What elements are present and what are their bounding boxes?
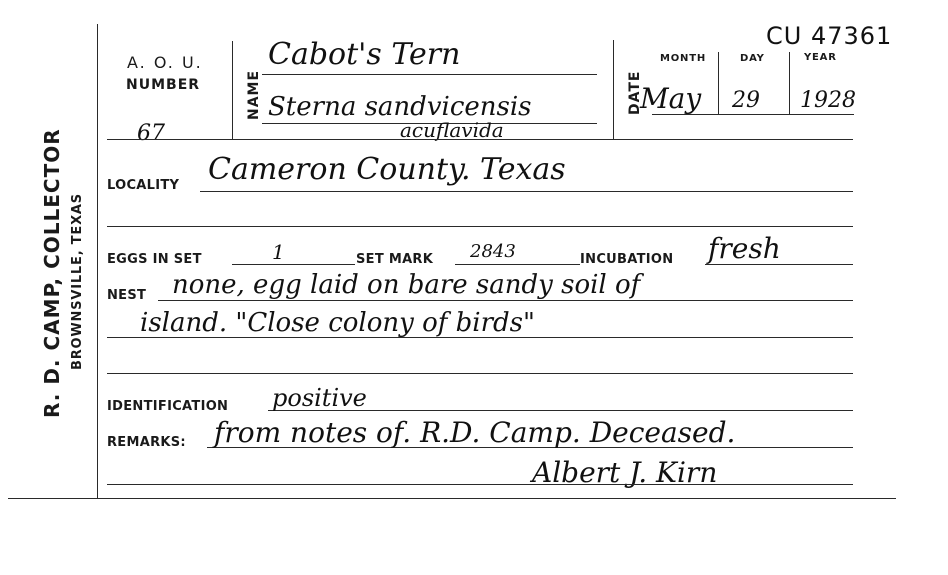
collector-name: R. D. CAMP, COLLECTOR bbox=[40, 128, 64, 418]
aou-label: A. O. U. bbox=[127, 53, 203, 72]
remarks-value: from notes of. R.D. Camp. Deceased. bbox=[214, 416, 735, 449]
month-label: MONTH bbox=[660, 53, 706, 64]
aou-number-label: NUMBER bbox=[126, 77, 200, 93]
year-value: 1928 bbox=[800, 88, 856, 113]
incubation-value: fresh bbox=[708, 232, 781, 265]
set-mark-value: 2843 bbox=[470, 241, 516, 262]
month-value: May bbox=[640, 82, 701, 115]
common-name-value: Cabot's Tern bbox=[268, 37, 460, 72]
nest-value-line2: island. "Close colony of birds" bbox=[140, 308, 535, 338]
nest-line-3 bbox=[107, 373, 853, 374]
day-label: DAY bbox=[740, 53, 765, 64]
nest-line-2 bbox=[107, 337, 853, 338]
remarks-line-2 bbox=[107, 484, 853, 485]
name-divider bbox=[613, 40, 614, 139]
incubation-label: INCUBATION bbox=[580, 252, 673, 267]
set-mark-label: SET MARK bbox=[356, 252, 433, 267]
nest-label: NEST bbox=[107, 288, 146, 303]
aou-divider bbox=[232, 41, 233, 139]
header-bottom-line bbox=[107, 139, 853, 140]
year-label: YEAR bbox=[804, 52, 837, 63]
locality-line-2 bbox=[107, 226, 853, 227]
name-label: NAME bbox=[246, 70, 262, 120]
identification-value: positive bbox=[272, 384, 367, 412]
locality-label: LOCALITY bbox=[107, 178, 179, 193]
day-value: 29 bbox=[732, 88, 760, 113]
left-border-line bbox=[97, 24, 98, 499]
catalog-number: CU 47361 bbox=[766, 22, 892, 50]
identification-label: IDENTIFICATION bbox=[107, 399, 228, 414]
locality-line bbox=[200, 191, 853, 192]
month-day-divider bbox=[718, 52, 719, 114]
nest-value-line1: none, egg laid on bare sandy soil of bbox=[172, 270, 640, 300]
eggs-in-set-line bbox=[232, 264, 355, 265]
common-name-line bbox=[262, 74, 597, 75]
collector-location: BROWNSVILLE, TEXAS bbox=[70, 193, 85, 370]
bottom-border-line bbox=[8, 498, 896, 499]
eggs-in-set-label: EGGS IN SET bbox=[107, 252, 202, 267]
remarks-label: REMARKS: bbox=[107, 435, 186, 450]
eggs-in-set-value: 1 bbox=[272, 240, 285, 264]
locality-value: Cameron County. Texas bbox=[208, 152, 566, 187]
day-year-divider bbox=[789, 52, 790, 114]
nest-line-1 bbox=[158, 300, 853, 301]
set-mark-line bbox=[455, 264, 580, 265]
aou-number-value: 67 bbox=[137, 121, 165, 146]
date-line bbox=[652, 114, 854, 115]
